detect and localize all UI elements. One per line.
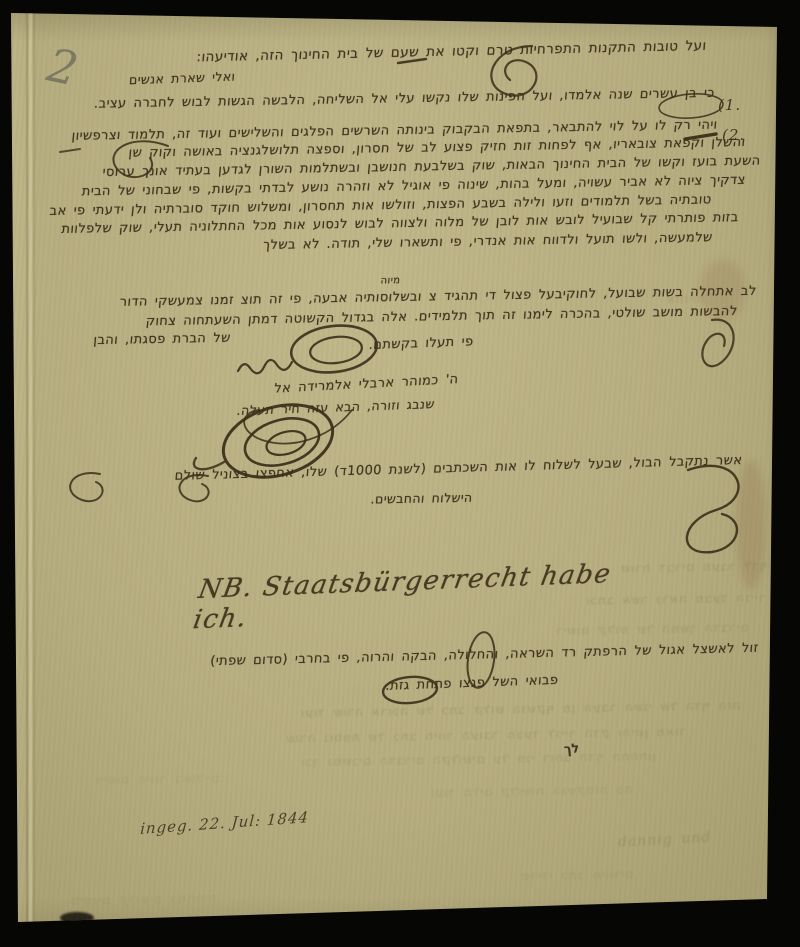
flourish-loop-right [702, 320, 733, 367]
margin-marker-1: (1. [718, 96, 741, 114]
ink-smudge [736, 460, 766, 590]
paper-sheet: 2 (1. (2. ועל טובות התקנות התפרחיות טרם … [0, 0, 800, 947]
flourish-tall-loop [464, 630, 498, 689]
manuscript-line-item2: בזות פותרתי קל שבועיל לובש אות לובן של מ… [58, 210, 739, 237]
bleed-through-line: רישום קלוש של המשך הדברים [555, 620, 749, 637]
flourish-circled-word [658, 92, 724, 120]
manuscript-word-small: מיוה [352, 275, 401, 287]
flourish-loop [113, 141, 168, 177]
manuscript-scan: 2 (1. (2. ועל טובות התקנות התפרחיות טרם … [0, 0, 800, 947]
manuscript-line-par2: של הברת פסגתו, והבן [40, 331, 231, 349]
flourish-curl [180, 475, 209, 501]
bleed-through-line: אותיות [666, 292, 705, 307]
bleed-through-line: וכך נמשכים הדברים הקלושים על פני רוחב הד… [300, 749, 656, 769]
manuscript-line-item2: טובתיה בשל תלמודים וזעו ולילה בשבע הפצות… [43, 192, 712, 219]
manuscript-line-item2: ויהי רק לו על לוי להתבאר, בתפאת הבקבוק ב… [62, 118, 718, 144]
bleed-through-line: ועוד שורה ארוכה של כתב קלוש הנשקף מן העב… [300, 698, 741, 720]
manuscript-line-item2: צדקיך ציוה לא אביר עשויה, ומעל בהות, שינ… [45, 173, 746, 200]
flourish-spiral-tail [194, 458, 224, 469]
manuscript-line-item2: והשלן וקפאת צובאריו, אף לפחות זות חזיק פ… [55, 135, 746, 162]
flourish-signature-swash [244, 410, 352, 443]
manuscript-line-item2: שלמעשה, ולשו תועל ולדווח אות אנדרי, פי ו… [92, 230, 713, 256]
paper-edge-blemish [60, 912, 94, 924]
manuscript-line-par2: לב אתחלה בשות שבועל, לחוקיבעל פצול די תה… [52, 284, 757, 311]
received-date-note: ingeg. 22. Jul: 1844 [140, 808, 310, 838]
strikethrough-word [398, 59, 426, 63]
flourish-intro-loop [491, 46, 536, 96]
flourish-double-loop [687, 466, 739, 552]
pencil-folio-number: 2 [43, 38, 83, 97]
manuscript-line-par2: להבשות מושב שולטי, בהכרה לימנו זה תוך תל… [45, 304, 738, 331]
flourish-circled-word [382, 675, 438, 706]
flourish-spiral-mid [239, 410, 324, 473]
flourish-spiral-inner [264, 427, 309, 459]
fold-crease [26, 12, 38, 923]
flourish-squiggle [238, 360, 292, 373]
bleed-through-line: שורת דברים מעבר לדף [620, 559, 767, 576]
bleed-through-line: וכתב אשר נראה מבעד הנייר [585, 590, 766, 607]
signature-line-1: ה' כמוהר ארבלי אלמרידה אל [286, 372, 459, 396]
strikethrough-word [60, 149, 80, 152]
flourish-spiral-outer [215, 393, 341, 489]
strikethrough-word [685, 134, 716, 139]
bleed-through-line: סימנים קלושים בתחתית [70, 891, 217, 908]
ink-smudge [700, 260, 746, 320]
latin-kurrent-note: NB. Staatsbürgerrecht habe ich. [191, 557, 671, 635]
manuscript-line-par4: זול לאשצל אגול של הרפתק רד השראה, והחלול… [52, 641, 759, 673]
small-ink-mark: לך [563, 741, 580, 758]
manuscript-line-par3: אשר נתקבל הבול, שבעל לשלוח לו אות השכתבי… [60, 453, 743, 487]
manuscript-line: ואלי שארת אנשים [80, 69, 236, 89]
manuscript-line-item2: השעת בועז וקשו של הבית החינוך הבאות, שוק… [46, 154, 761, 181]
flourish-curl [70, 473, 102, 501]
bleed-through-line: dannig und [618, 830, 712, 851]
manuscript-line-par4: פבואי השל פגצו פתחת גזת. [296, 673, 559, 697]
manuscript-line-item1: כי בן עשרים שנה אלמדו, ועל הפינות שלו נק… [74, 86, 715, 112]
flourish-oval-inner [309, 334, 364, 366]
bleed-through-line: רישום חיוור בשוליים [95, 771, 220, 787]
manuscript-line-par2: פי תעלו בקשתם. [368, 334, 474, 353]
flourish-oval-outer [289, 321, 380, 377]
manuscript-line: ועל טובות התקנות התפרחיות טרם וקטו את שע… [166, 38, 707, 66]
bleed-through-line: ועוד מלים קלושות הנשקפות פה [430, 782, 633, 800]
bleed-through-line: שרידי כתב חיוורים [520, 867, 634, 883]
margin-marker-2: (2. [722, 126, 745, 144]
bleed-through-line: שורה נוספת של כתב חיוור העובר מבעד לנייר… [285, 725, 686, 746]
ink-flourishes [0, 0, 800, 947]
manuscript-line-par3: הישלוח והחבשים. [342, 490, 473, 507]
signature-line-2: שנבג וזורה, הבא עזה חיר תעלה. [264, 396, 435, 417]
